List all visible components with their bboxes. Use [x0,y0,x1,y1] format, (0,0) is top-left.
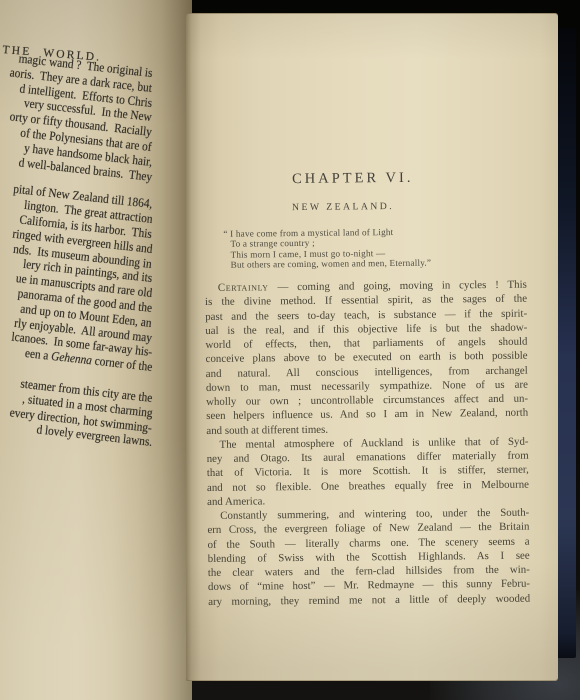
poem-line: But others are coming, women and men, Et… [231,258,432,271]
body-line: blending of Swiss with the Scottish High… [208,548,530,566]
body-text: Certainly — coming and going, moving in … [205,278,530,609]
body-line: Certainly — coming and going, moving in … [205,278,527,296]
poem-line: This morn I came, I must go to-night — [230,247,431,260]
body-line: down to man, must necessarily sympathize… [206,377,528,395]
right-page-text: CHAPTER VI. NEW ZEALAND. “ I have come f… [202,10,531,681]
body-line: dows of “mine host” — Mr. Redmayne — thi… [208,577,530,595]
body-line: of the South — literally charms one. The… [207,534,529,552]
line-fragment: — coming and going, moving in cycles ! T… [269,279,527,294]
body-line: and natural. All conscious intelligences… [206,363,528,381]
body-line: conceive plans above to be executed on e… [206,349,528,367]
epigraph-poem: “ I have come from a mystical land of Li… [230,227,431,271]
line-fragment: een a [24,346,52,363]
body-line: The mental atmosphere of Auckland is unl… [206,434,528,452]
body-line: world of effects, then, that parliaments… [205,335,527,353]
body-line: and America. [207,491,529,509]
body-line: is the divine method. If essential spiri… [205,292,527,310]
left-page-text: magic wand ? The original is aoris. They… [0,66,152,450]
body-line: the clear waters and the fern-clad hills… [208,563,530,581]
body-line: past and the seers to-day teach, is subs… [205,306,527,324]
smallcaps-word: Certainly [218,281,269,294]
chapter-heading: CHAPTER VI. [192,169,514,189]
body-line: Constantly summering, and wintering too,… [207,506,529,524]
right-page: CHAPTER VI. NEW ZEALAND. “ I have come f… [186,13,558,681]
body-line: ual is the real, and if this objective l… [205,320,527,338]
body-line: ney and Otago. Its aural emanations diff… [207,449,529,467]
chapter-subtitle: NEW ZEALAND. [182,200,504,214]
body-line: ern Cross, the evergreen foliage of New … [207,520,529,538]
body-line: wholly our own ; uncontrollable circumst… [206,392,528,410]
italic-word: Gehenna [50,349,92,367]
poem-line: “ I have come from a mystical land of Li… [230,227,431,240]
poem-line: To a strange country ; [230,237,431,250]
body-line: seen helpers influence us. And so I am i… [206,406,528,424]
book-photo: { "colors": { "background": "#0a0908", "… [0,0,580,700]
body-line: that of Victoria. It is more Scottish. I… [207,463,529,481]
body-line: and not so flexible. One breathes equall… [207,477,529,495]
body-line: and south at different times. [206,420,528,438]
body-line: ary morning, they remind me not a little… [208,591,530,609]
